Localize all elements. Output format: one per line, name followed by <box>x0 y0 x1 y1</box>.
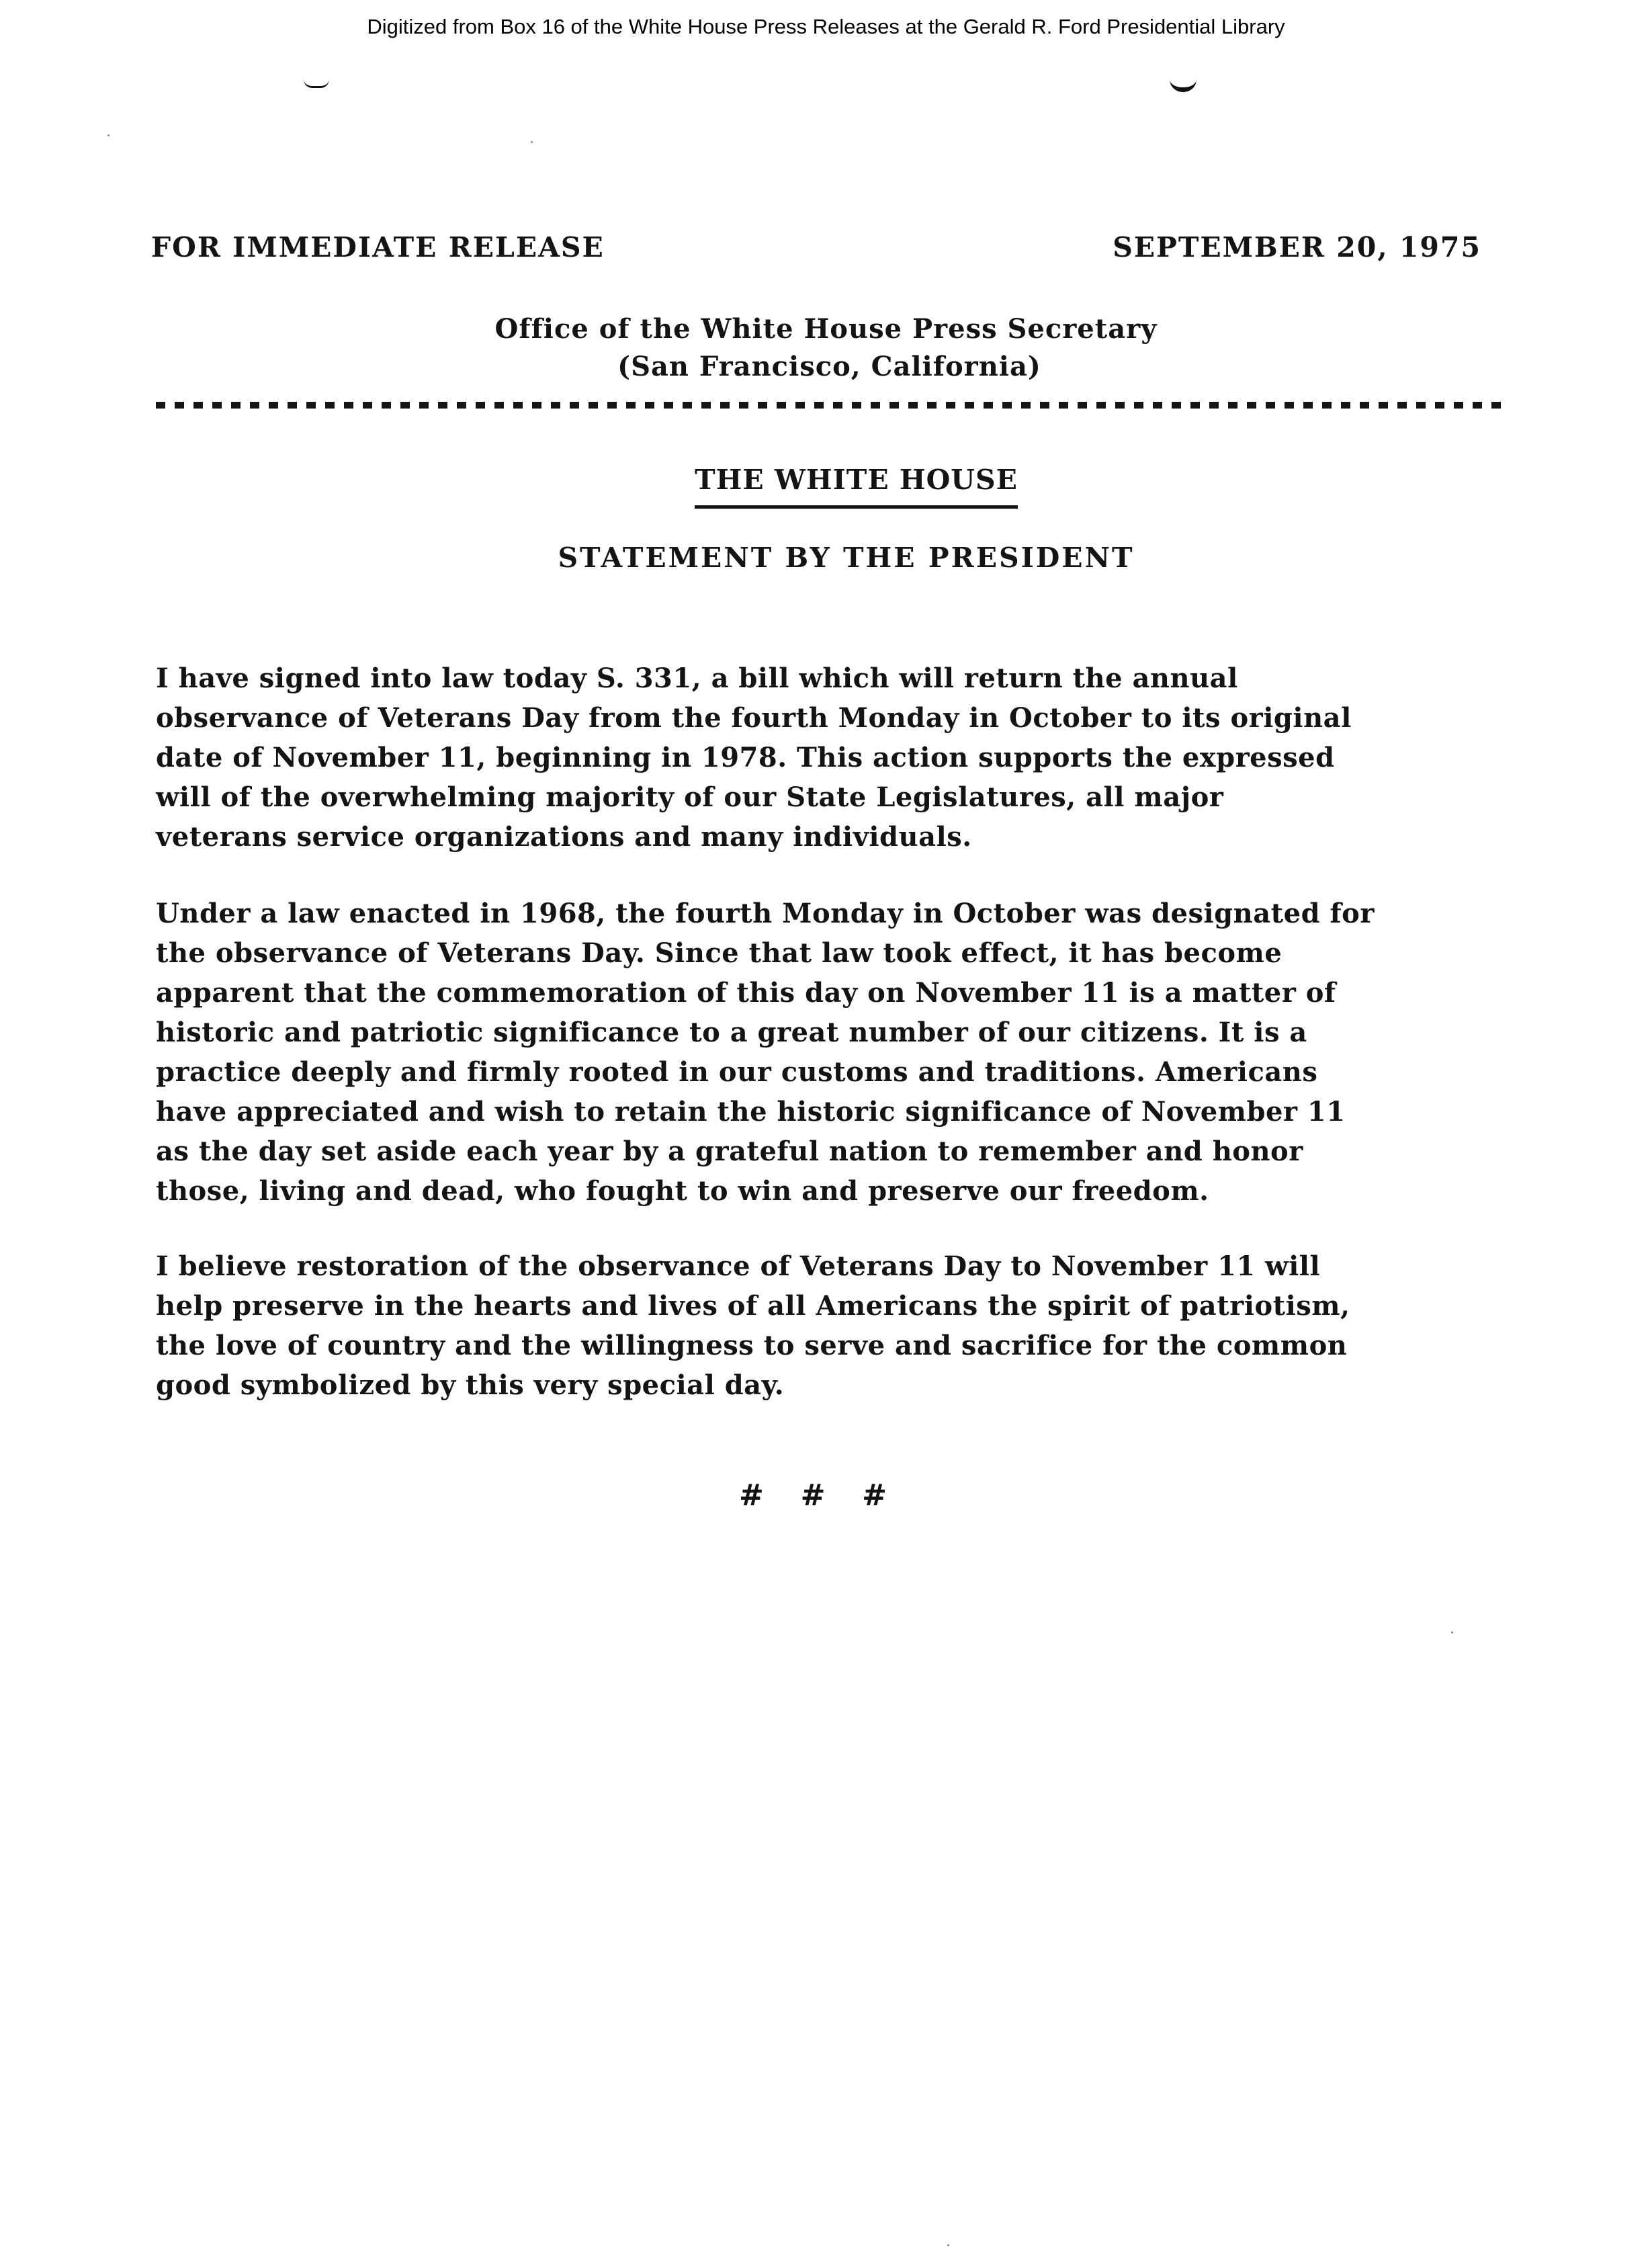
title-text: THE WHITE HOUSE <box>695 464 1018 509</box>
dashed-divider <box>156 402 1503 409</box>
end-mark: # <box>862 1478 887 1513</box>
end-mark: # <box>801 1478 826 1513</box>
paragraph-line: help preserve in the hearts and lives of… <box>156 1286 1506 1326</box>
scan-speck <box>107 134 110 136</box>
paragraph-line: historic and patriotic significance to a… <box>156 1013 1506 1052</box>
paragraph-line: those, living and dead, who fought to wi… <box>156 1171 1506 1211</box>
office-block: Office of the White House Press Secretar… <box>0 310 1652 386</box>
document-subtitle: STATEMENT BY THE PRESIDENT <box>20 542 1652 574</box>
paragraph-line: the observance of Veterans Day. Since th… <box>156 933 1506 973</box>
scan-speck <box>1451 1631 1453 1633</box>
paragraph-line: Under a law enacted in 1968, the fourth … <box>156 894 1506 933</box>
release-label: FOR IMMEDIATE RELEASE <box>151 231 605 263</box>
paragraph-line: apparent that the commemoration of this … <box>156 973 1506 1013</box>
paragraph-line: will of the overwhelming majority of our… <box>156 777 1506 817</box>
end-mark: # <box>739 1478 764 1513</box>
binder-mark-left <box>304 79 329 88</box>
paragraph-line: have appreciated and wish to retain the … <box>156 1092 1506 1132</box>
release-header: FOR IMMEDIATE RELEASE SEPTEMBER 20, 1975 <box>151 231 1481 263</box>
scan-speck <box>531 141 533 143</box>
paragraph-1: I have signed into law today S. 331, a b… <box>156 658 1506 857</box>
office-location: (San Francisco, California) <box>7 348 1652 386</box>
paragraph-line: date of November 11, beginning in 1978. … <box>156 738 1506 777</box>
paragraph-line: I have signed into law today S. 331, a b… <box>156 658 1506 698</box>
paragraph-line: as the day set aside each year by a grat… <box>156 1132 1506 1171</box>
document-title: THE WHITE HOUSE <box>0 464 1652 509</box>
office-name: Office of the White House Press Secretar… <box>495 313 1158 345</box>
digitization-watermark: Digitized from Box 16 of the White House… <box>0 15 1652 39</box>
scan-speck <box>947 2244 949 2246</box>
binder-mark-right <box>1170 79 1197 92</box>
paragraph-line: observance of Veterans Day from the four… <box>156 698 1506 738</box>
paragraph-line: good symbolized by this very special day… <box>156 1365 1506 1405</box>
paragraph-line: I believe restoration of the observance … <box>156 1246 1506 1286</box>
end-of-release-marks: # # # <box>739 1478 887 1513</box>
paragraph-3: I believe restoration of the observance … <box>156 1246 1506 1405</box>
paragraph-line: the love of country and the willingness … <box>156 1326 1506 1365</box>
paragraph-line: veterans service organizations and many … <box>156 817 1506 857</box>
paragraph-line: practice deeply and firmly rooted in our… <box>156 1052 1506 1092</box>
release-date: SEPTEMBER 20, 1975 <box>1113 231 1481 263</box>
paragraph-2: Under a law enacted in 1968, the fourth … <box>156 894 1506 1211</box>
